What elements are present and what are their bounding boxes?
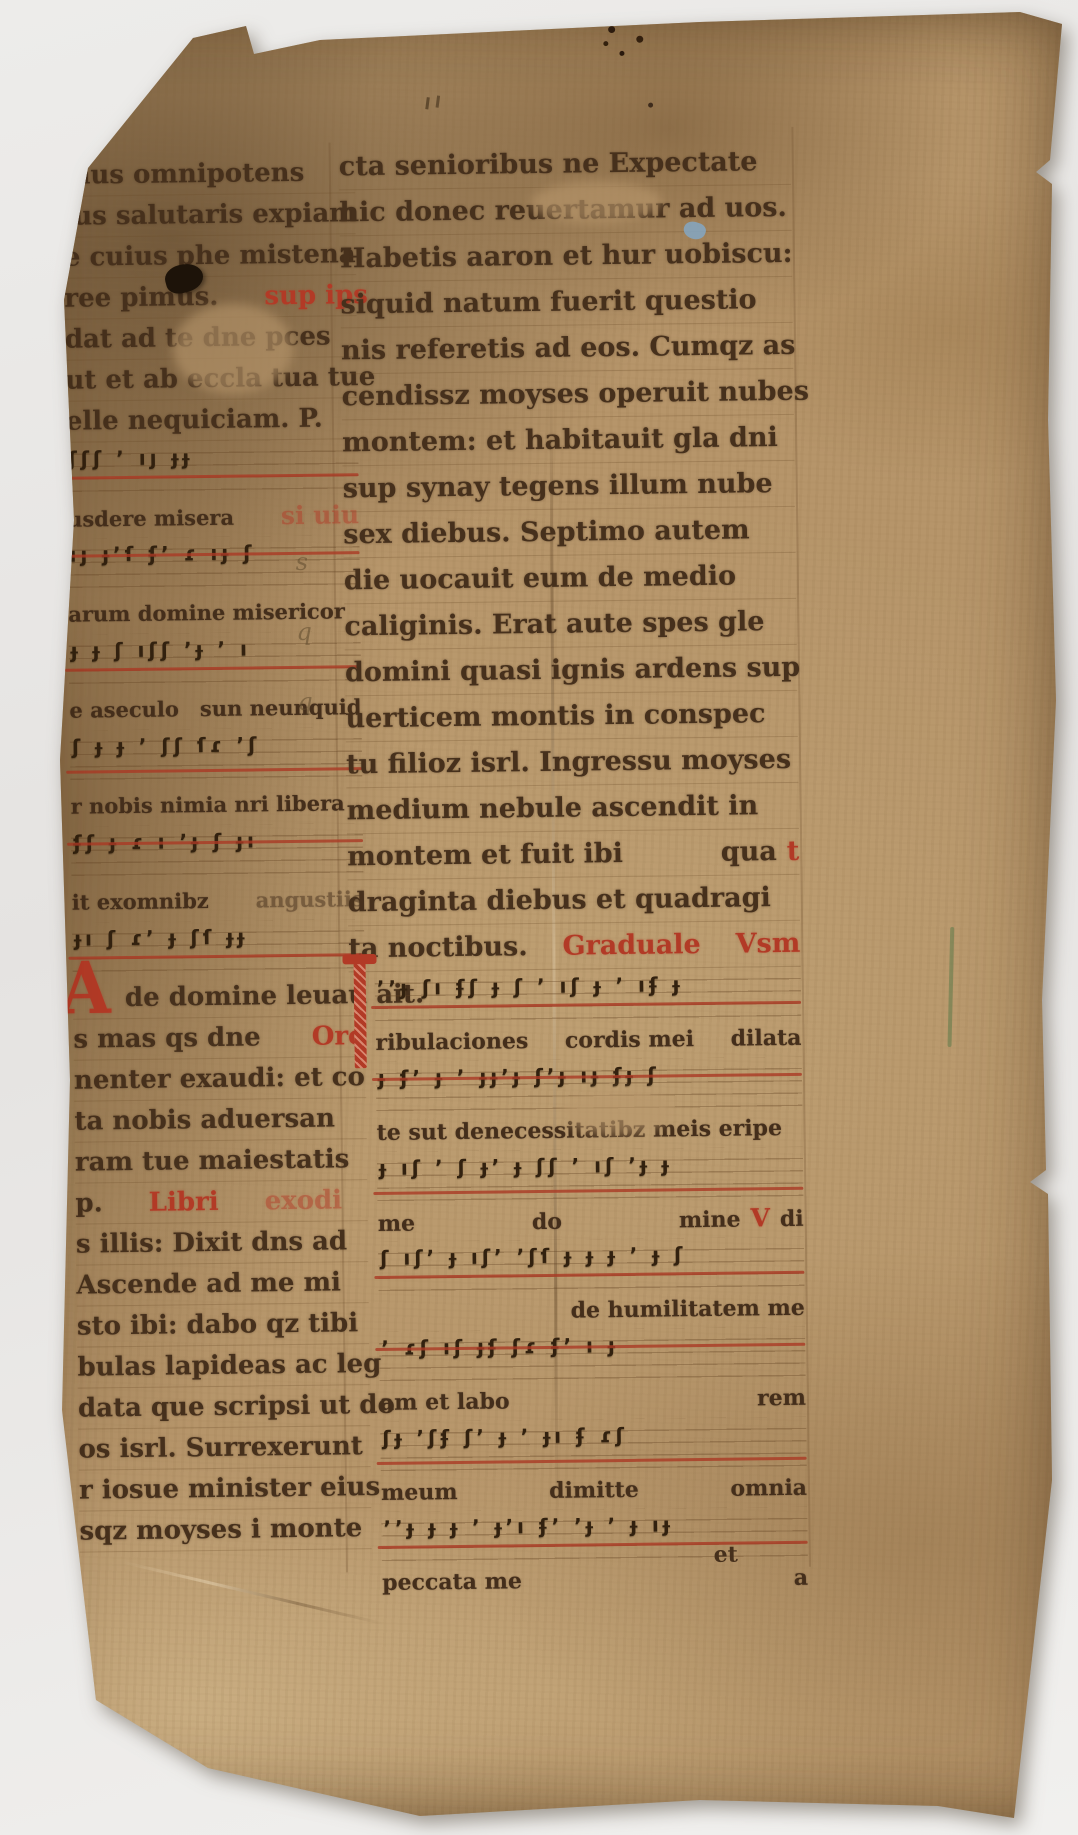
lyric-line: arum domine misericor	[68, 591, 360, 635]
text-line: Ascende ad me mi	[76, 1262, 368, 1307]
neume-notation: ɟı ʃ ɾʼ ɟ ʃſ ɟɟ	[74, 923, 364, 951]
lyric-text: usdere misera	[67, 498, 234, 540]
latin-text: p.	[75, 1183, 103, 1223]
latin-text: ree pimus.	[64, 277, 218, 319]
neume-notation: ʃ ıʃʼ ɟ ıʃʼ ʼʃſ ɟ ɟ ɟ ʼ ɟ ʃ	[380, 1241, 804, 1270]
text-line: cendissz moyses operuit nubes	[341, 369, 794, 421]
page-content: mus omnipotens ius salutaris expiam e cu…	[0, 0, 1078, 1835]
text-line: draginta diebus et quadragi	[348, 875, 801, 927]
neume-notation: ʃʃʃ ʼ ıȷ ɟɟ	[68, 443, 358, 471]
lyric-text: a	[794, 1559, 809, 1597]
text-line: sqz moyses i monte	[79, 1508, 371, 1553]
ink-blot	[162, 260, 206, 297]
text-line: s mas qs dne Oro	[73, 1016, 365, 1061]
text-line: tu filioz isrl. Ingressu moyses	[346, 737, 799, 789]
text-line: uerticem montis in conspec	[345, 691, 798, 743]
text-line: montem et fuit ibi qua t	[347, 829, 800, 881]
lyric-line: e aseculo sun neunquid	[69, 687, 361, 731]
vertical-ruling	[329, 142, 348, 1572]
neume-notation: ɟ ıʃ ʼ ʃ ɟʼ ɟ ʃʃ ʼ ıʃ ʼɟ ɟ	[379, 1151, 803, 1180]
lyric-text: sun neunquid	[200, 687, 362, 729]
stitch-marks	[425, 97, 430, 109]
lyric-text: peccata me	[382, 1562, 522, 1602]
neume-notation: ʃɟ ʼʃʄ ʃʼ ɟ ʼ ɟı ʄ ɾʃ	[382, 1421, 806, 1450]
text-line: p. Libri exodi	[75, 1180, 367, 1225]
lyric-line: me do mine V di	[377, 1199, 803, 1242]
text-line: s illis: Dixit dns ad	[76, 1221, 368, 1266]
lyric-text: mine	[679, 1201, 741, 1240]
music-staff: ʼ ɾʃ ıʃ ɟʄ ʃɾ ʄʼ ı ɟ	[379, 1327, 806, 1384]
crease	[549, 380, 558, 1520]
text-line: ree pimus. sup ips	[64, 275, 356, 320]
manuscript-leaf: mus omnipotens ius salutaris expiam e cu…	[0, 0, 1078, 1835]
lyric-text: te sut denecessitatibz meis eripe	[376, 1109, 782, 1152]
initial-T	[342, 954, 377, 1068]
text-line: ta noctibus. Graduale Vsm	[348, 921, 801, 973]
rubric: t	[786, 829, 799, 874]
text-line: mus omnipotens	[63, 152, 355, 197]
left-text-column: mus omnipotens ius salutaris expiam e cu…	[63, 152, 372, 1552]
rubric: Vsm	[735, 921, 800, 967]
latin-text: ta noctibus.	[348, 924, 528, 971]
smudge	[531, 180, 662, 224]
latin-text: s mas qs dne	[73, 1017, 261, 1059]
lyric-text: rem	[757, 1379, 806, 1418]
text-line: de domine leuau ait.	[73, 975, 365, 1020]
lyric-text: et	[713, 1542, 737, 1568]
neume-notation: ʃ ɟ ɟ ʼ ʃʃ ſɾ ʼʃ	[72, 731, 362, 759]
text-line: sex diebus. Septimo autem	[343, 507, 796, 559]
latin-text: montem et fuit ibi	[347, 831, 623, 879]
text-line: elle nequiciam. P.	[66, 398, 358, 443]
text-line: Habetis aaron et hur uobiscu:	[340, 231, 793, 283]
music-staff: ʼʼɟ ʃı ʄʃ ɟ ʃ ʼ ıʃ ɟ ʼ ıʄ ɟ	[375, 967, 802, 1024]
neume-notation: ɟ ɟ ʃ ıʃʃ ʼɟ ʼ ı	[71, 635, 361, 663]
text-line: bulas lapideas ac leg	[77, 1344, 369, 1389]
music-staff: ɟı ʃ ɾʼ ɟ ʃſ ɟɟ	[72, 919, 365, 979]
text-line: sto ibi: dabo qz tibi	[77, 1303, 369, 1348]
text-line: ta nobis aduersan	[74, 1098, 366, 1143]
lyric-text: it exomnibz	[72, 881, 209, 923]
initial-A: A	[60, 953, 111, 1025]
lyric-line: te sut denecessitatibz meis eripe	[376, 1109, 802, 1152]
text-line: cta senioribus ne Expectate	[339, 139, 792, 191]
lyric-text: r nobis nimia nri libera	[70, 783, 345, 826]
margin-mark: s	[295, 548, 311, 576]
rubric: sup ips	[264, 275, 368, 316]
rubric: exodi	[264, 1180, 342, 1221]
smudge	[562, 1088, 673, 1135]
music-staff: ʼʼɟ ɟ ɟ ʼ ɟʼı ʄʼ ʼɟ ʼ ɟ ıɟ et	[381, 1507, 808, 1564]
rubric: Oro	[311, 1016, 365, 1057]
rubric: Libri	[148, 1182, 218, 1223]
parchment-surface: mus omnipotens ius salutaris expiam e cu…	[0, 0, 1078, 1835]
text-line: os isrl. Surrexerunt	[78, 1426, 370, 1471]
neume-notation: ʼʼɟ ʃı ʄʃ ɟ ʃ ʼ ıʃ ɟ ʼ ıʄ ɟ	[377, 971, 801, 1000]
lyric-line: am et labo rem	[380, 1379, 806, 1422]
text-line: hic donec reuertamur ad uos.	[339, 185, 792, 237]
margin-marks: s q q	[295, 548, 312, 716]
lyric-text: arum domine misericor	[68, 591, 345, 634]
text-line: montem: et habitauit gla dni	[342, 415, 795, 467]
versus-mark: V	[750, 1199, 770, 1237]
lyric-line: de humilitatem me	[379, 1289, 805, 1332]
music-staff: ʃʃʃ ʼ ıȷ ɟɟ	[66, 439, 359, 499]
lyric-text: dimitte	[549, 1471, 639, 1510]
lyric-text: di	[780, 1200, 804, 1238]
blue-stain	[681, 219, 707, 242]
green-mark	[948, 927, 955, 1047]
lyric-line: meum dimitte omnia	[381, 1469, 807, 1512]
music-staff: ɟ ıʃ ʼ ʃ ɟʼ ɟ ʃʃ ʼ ıʃ ʼɟ ɟ	[377, 1147, 804, 1204]
text-line: siquid natum fuerit questio	[340, 277, 793, 329]
text-line: r iosue minister eius	[79, 1467, 371, 1512]
lyric-line: usdere misera si uiu	[67, 495, 359, 539]
lyric-text: omnia	[730, 1469, 807, 1508]
text-line: caliginis. Erat aute spes gle	[344, 599, 797, 651]
lyric-text: meum	[381, 1473, 458, 1512]
text-line: data que scripsi ut do	[78, 1385, 370, 1430]
text-line: domini quasi ignis ardens sup	[345, 645, 798, 697]
right-text-column: cta senioribus ne Expectate hic donec re…	[339, 139, 809, 1602]
music-staff: ʃɟ ʼʃʄ ʃʼ ɟ ʼ ɟı ʄ ɾʃ	[380, 1417, 807, 1474]
neume-notation: ʄʃ ɟ ɾ ı ʼɟ ʃ ɟı	[73, 827, 363, 855]
text-line: ius salutaris expiam	[63, 193, 355, 238]
smudge	[172, 303, 293, 394]
crease	[122, 1561, 385, 1626]
lyric-text: angustiis	[255, 879, 364, 920]
music-staff: ʄʃ ɟ ɾ ı ʼɟ ʃ ɟı	[71, 823, 364, 883]
lyric-text: e aseculo	[69, 689, 179, 730]
neume-notation: ɟ ʄʼ ɟ ʼ ɟɟʼɟ ʃʼɟ ıɟ ʄɟ ʃ	[378, 1061, 802, 1090]
text-line: ut et ab eccla tua tue	[65, 357, 357, 402]
latin-text: qua	[720, 829, 777, 875]
rubric-graduale: Graduale	[562, 922, 701, 969]
text-line: ram tue maiestatis	[75, 1139, 367, 1184]
lyric-line: peccata me a	[382, 1559, 808, 1602]
text-line: dat ad te dne pces	[65, 316, 357, 361]
lyric-text: me	[378, 1205, 416, 1243]
music-staff: ɟ ʄʼ ɟ ʼ ɟɟʼɟ ʃʼɟ ıɟ ʄɟ ʃ	[376, 1057, 803, 1114]
lyric-text: am et labo	[380, 1382, 510, 1422]
lyric-text: cordis mei	[565, 1020, 695, 1060]
text-line: nenter exaudi: et co	[74, 1057, 366, 1102]
neume-notation: ʼ ɾʃ ıʃ ɟʄ ʃɾ ʄʼ ı ɟ	[381, 1331, 805, 1360]
lyric-text: do	[532, 1203, 563, 1241]
music-staff: ıȷ ɟʼſ ʄʼ ɾ ıɟ ʃ	[67, 535, 360, 595]
text-line: die uocauit eum de medio	[344, 553, 797, 605]
vertical-ruling	[791, 127, 811, 1567]
lyric-text: ribulaciones	[375, 1022, 528, 1062]
lyric-line: ribulaciones cordis mei dilata	[375, 1019, 801, 1062]
margin-mark: q	[296, 618, 312, 646]
music-staff: ɟ ɟ ʃ ıʃʃ ʼɟ ʼ ı	[69, 631, 362, 691]
ink-speckles	[595, 5, 600, 10]
rubric: si uiu	[281, 495, 360, 536]
lyric-line: it exomnibz angustiis	[72, 879, 364, 923]
lyric-text: dilata	[730, 1019, 801, 1058]
lyric-text: de humilitatem me	[570, 1289, 805, 1330]
text-line: e cuius phe mistena	[64, 234, 356, 279]
text-line: sup synay tegens illum nube	[342, 461, 795, 513]
lyric-line: r nobis nimia nri libera	[70, 783, 362, 827]
margin-mark: q	[297, 688, 313, 716]
neume-notation: ıȷ ɟʼſ ʄʼ ɾ ıɟ ʃ	[69, 539, 359, 567]
text-line: nis referetis ad eos. Cumqz as	[341, 323, 794, 375]
music-staff: ʃ ıʃʼ ɟ ıʃʼ ʼʃſ ɟ ɟ ɟ ʼ ɟ ʃ	[378, 1237, 805, 1294]
neume-notation: ʼʼɟ ɟ ɟ ʼ ɟʼı ʄʼ ʼɟ ʼ ɟ ıɟ	[383, 1511, 807, 1540]
music-staff: ʃ ɟ ɟ ʼ ʃʃ ſɾ ʼʃ	[70, 727, 363, 787]
text-line: medium nebule ascendit in	[346, 783, 799, 835]
